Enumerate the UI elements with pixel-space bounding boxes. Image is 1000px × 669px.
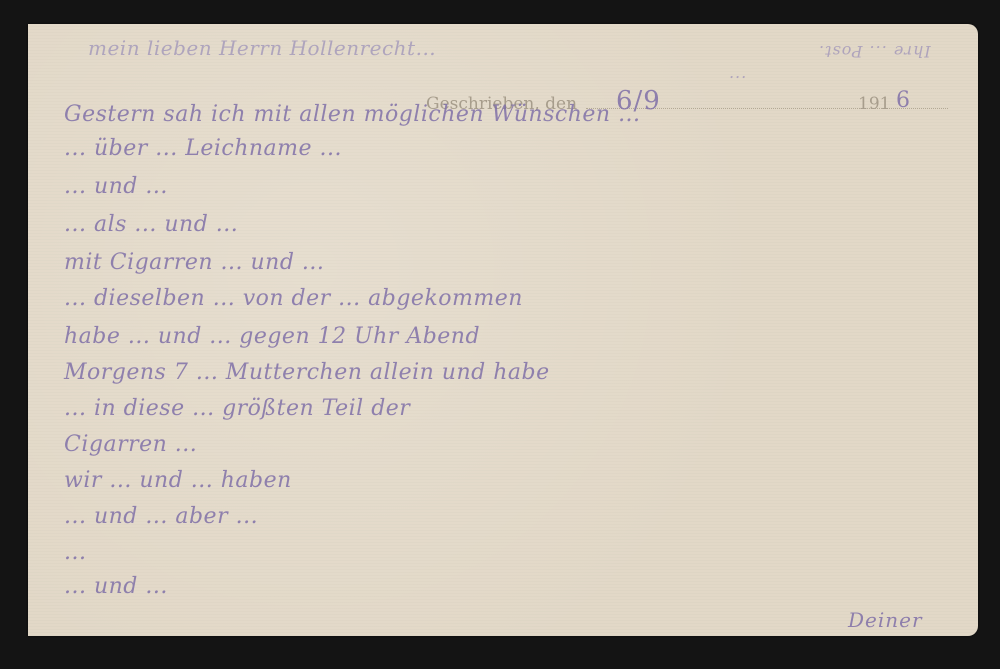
printed-year-prefix: 191	[858, 94, 890, 114]
handwritten-header-line: mein lieben Herrn Hollenrecht...	[88, 36, 436, 60]
handwritten-line-4: ... als ... und ...	[64, 212, 238, 237]
handwritten-line-2: ... über ... Leichname ...	[64, 136, 342, 161]
handwritten-year-digit: 6	[896, 88, 911, 113]
postcard: mein lieben Herrn Hollenrecht... Ihre ..…	[28, 24, 978, 636]
handwritten-line-10: Cigarren ...	[64, 432, 197, 457]
handwritten-line-3: ... und ...	[64, 174, 168, 199]
upside-down-note-1: Ihre ... Post.	[818, 42, 931, 61]
handwritten-line-6: ... dieselben ... von der ... abgekommen	[64, 286, 523, 311]
handwritten-line-11: wir ... und ... haben	[64, 468, 292, 493]
handwritten-line-8: Morgens 7 ... Mutterchen allein und habe	[64, 360, 550, 385]
handwritten-line-13: ...	[64, 540, 86, 565]
handwritten-line-14: ... und ...	[64, 574, 168, 599]
handwritten-line-12: ... und ... aber ...	[64, 504, 258, 529]
handwritten-line-5: mit Cigarren ... und ...	[64, 250, 324, 275]
upside-down-note-2: ...	[728, 72, 746, 91]
handwritten-line-7: habe ... und ... gegen 12 Uhr Abend	[64, 324, 480, 349]
signature: Deiner	[848, 608, 923, 632]
handwritten-line-1: Gestern sah ich mit allen möglichen Wüns…	[64, 102, 641, 127]
handwritten-line-9: ... in diese ... größten Teil der	[64, 396, 410, 421]
